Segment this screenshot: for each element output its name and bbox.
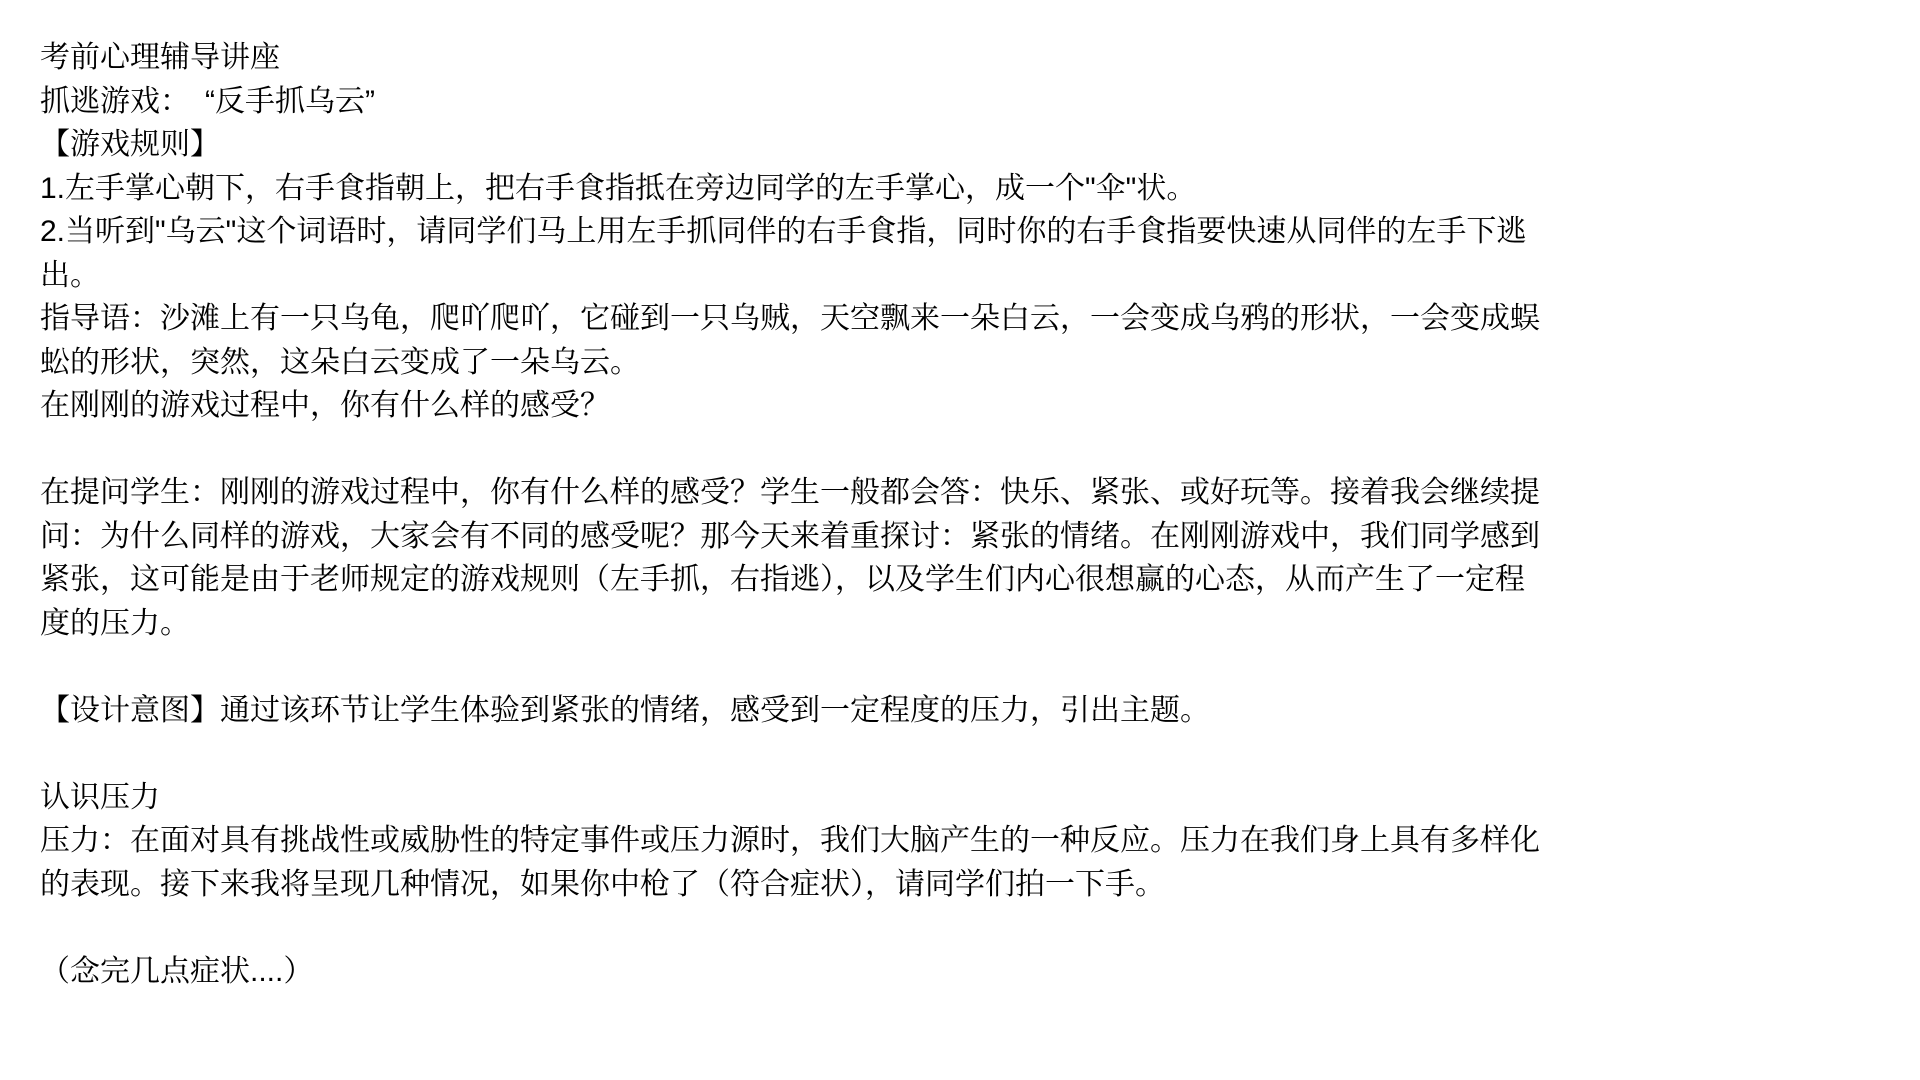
text-line: 压力：在面对具有挑战性或威胁性的特定事件或压力源时，我们大脑产生的一种反应。压力… — [40, 819, 1548, 906]
text-line: 在提问学生：刚刚的游戏过程中，你有什么样的感受？学生一般都会答：快乐、紧张、或好… — [40, 471, 1548, 645]
text-line: 【设计意图】通过该环节让学生体验到紧张的情绪，感受到一定程度的压力，引出主题。 — [40, 689, 1548, 733]
text-line: 2.当听到"乌云"这个词语时，请同学们马上用左手抓同伴的右手食指，同时你的右手食… — [40, 210, 1548, 297]
text-line: 认识压力 — [40, 776, 1548, 820]
text-line: 抓逃游戏： “反手抓乌云” — [40, 80, 1548, 124]
document-body: 考前心理辅导讲座抓逃游戏： “反手抓乌云”【游戏规则】1.左手掌心朝下，右手食指… — [40, 36, 1548, 993]
text-line: 【游戏规则】 — [40, 123, 1548, 167]
text-line: （念完几点症状....） — [40, 950, 1548, 994]
text-line: 在刚刚的游戏过程中，你有什么样的感受？ — [40, 384, 1548, 428]
blank-line — [40, 428, 1548, 472]
text-line: 考前心理辅导讲座 — [40, 36, 1548, 80]
blank-line — [40, 906, 1548, 950]
text-line: 1.左手掌心朝下，右手食指朝上，把右手食指抵在旁边同学的左手掌心，成一个"伞"状… — [40, 167, 1548, 211]
blank-line — [40, 645, 1548, 689]
blank-line — [40, 732, 1548, 776]
document-page: 考前心理辅导讲座抓逃游戏： “反手抓乌云”【游戏规则】1.左手掌心朝下，右手食指… — [0, 0, 1548, 993]
text-line: 指导语：沙滩上有一只乌龟，爬吖爬吖，它碰到一只乌贼，天空飘来一朵白云，一会变成乌… — [40, 297, 1548, 384]
